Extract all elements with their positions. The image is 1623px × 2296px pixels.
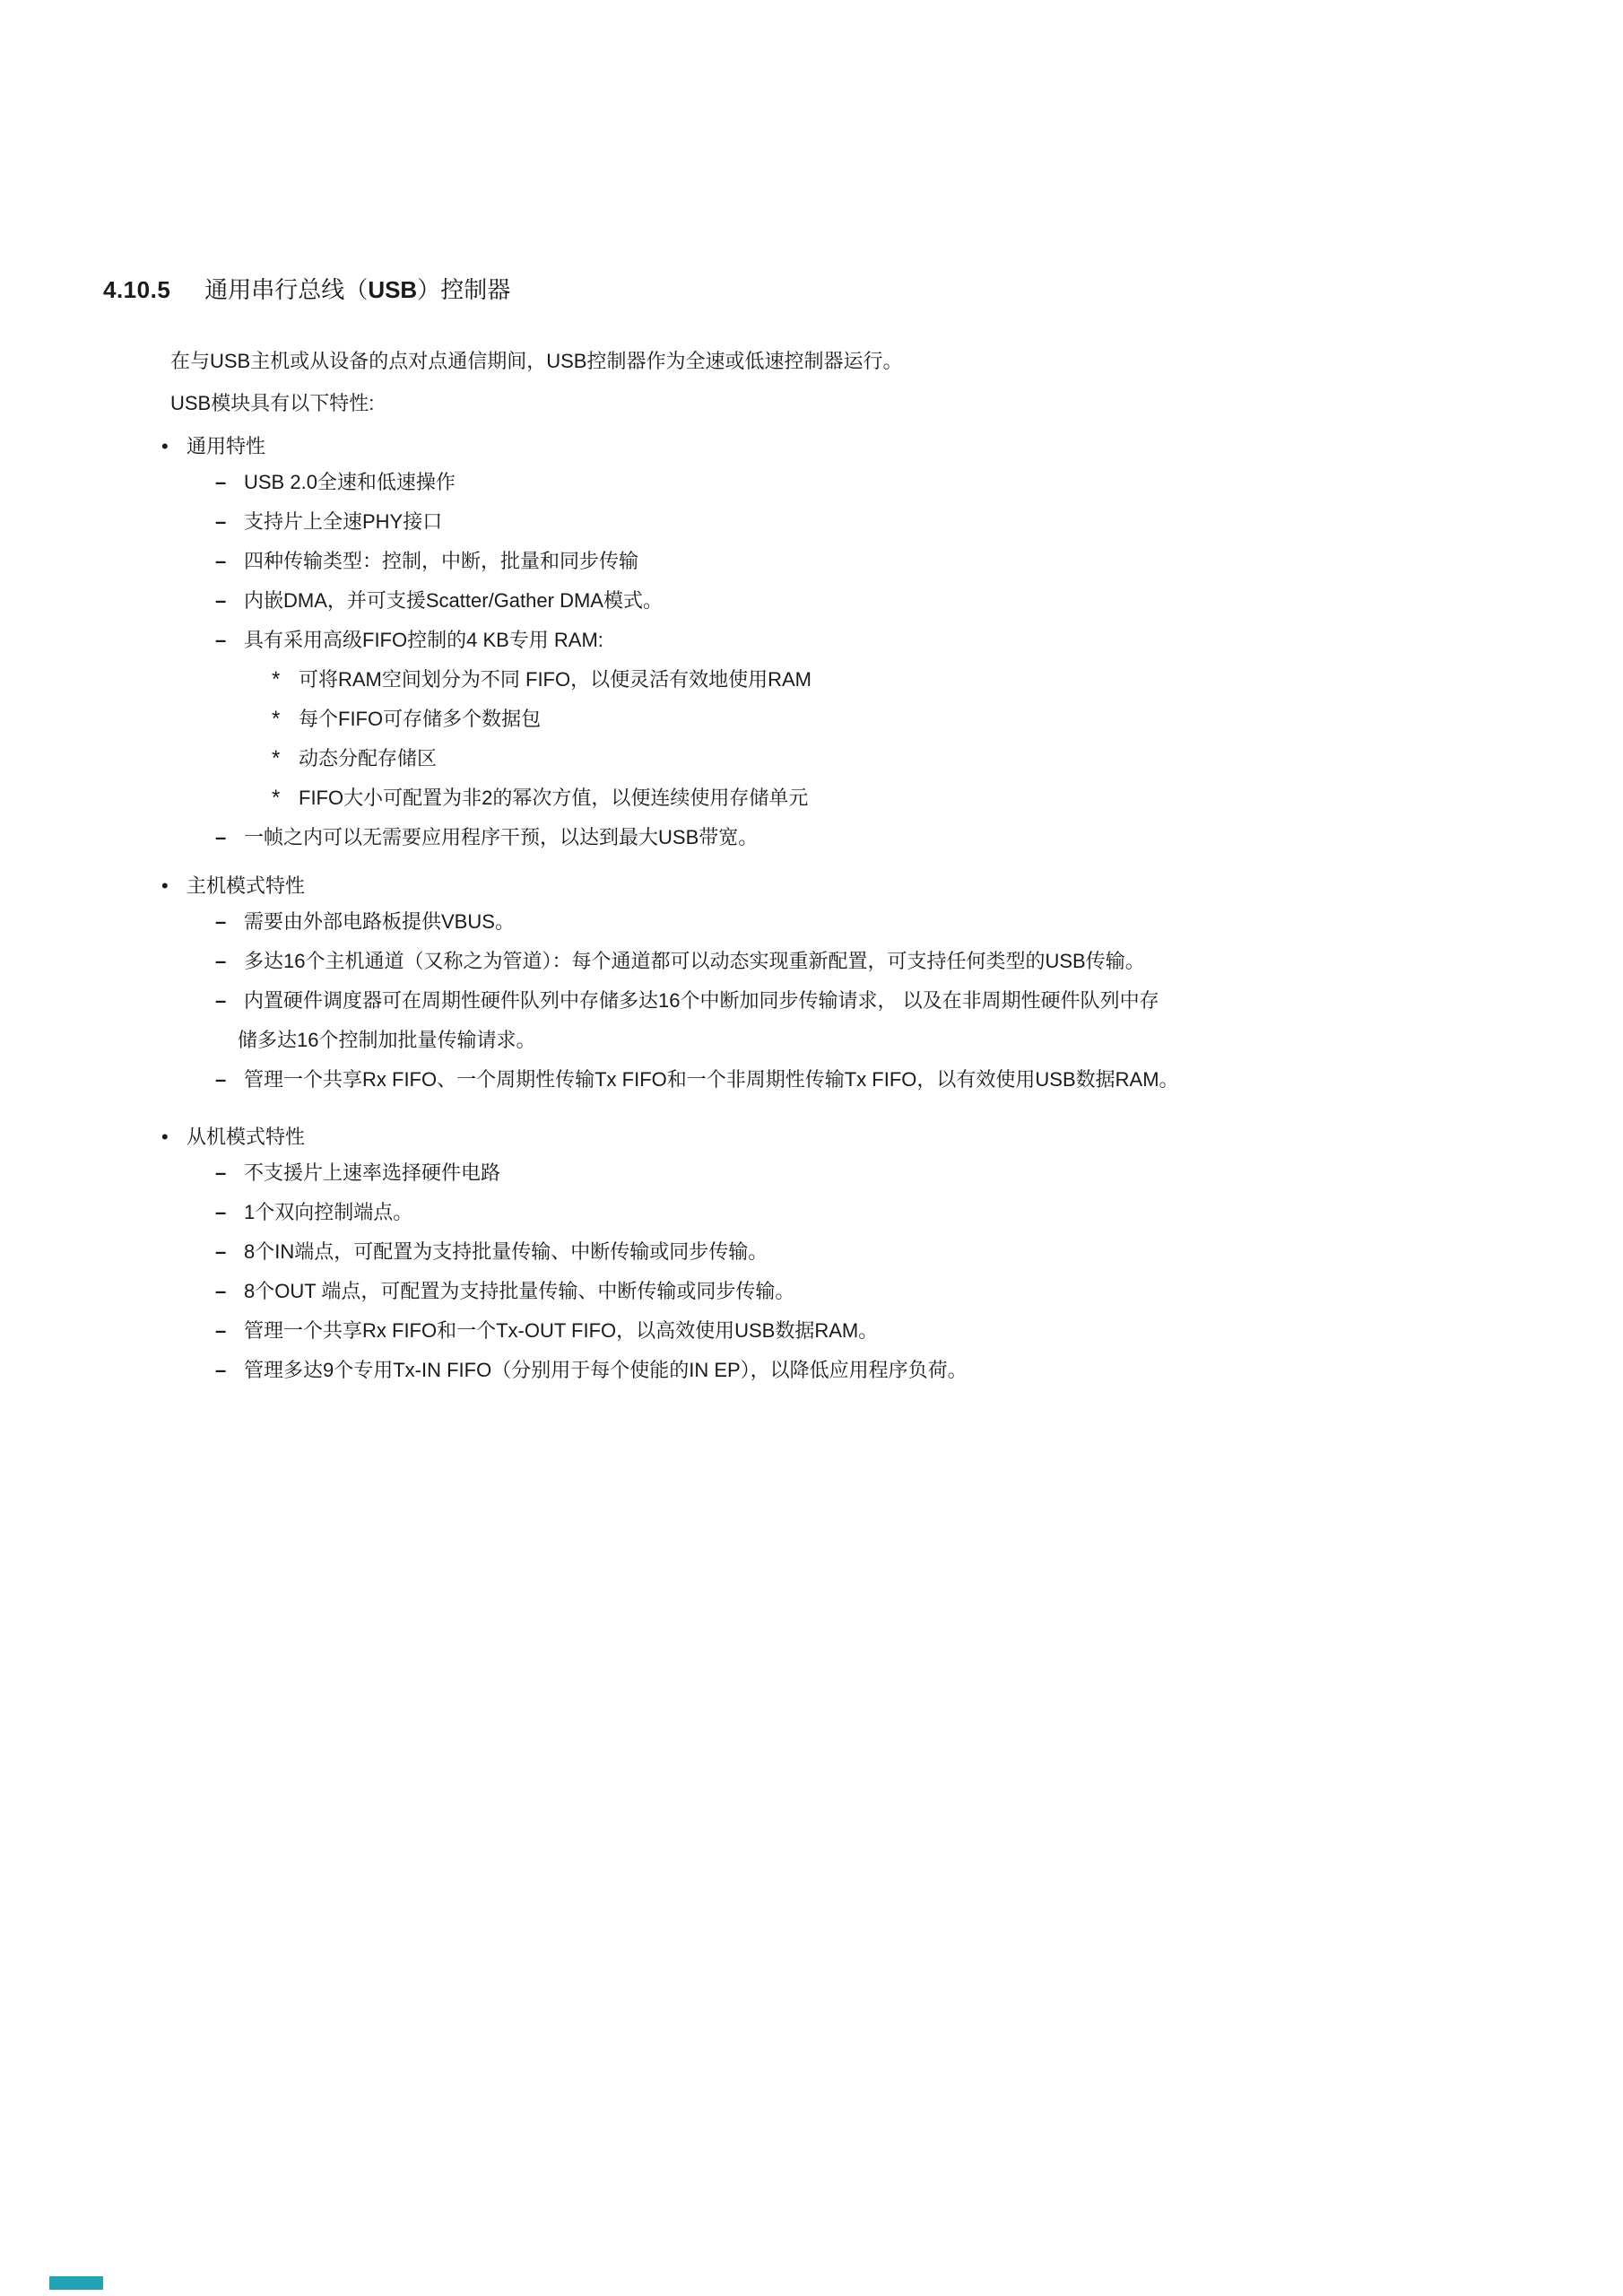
list-item-text: 四种传输类型：控制，中断，批量和同步传输: [244, 545, 638, 578]
section-heading: 4.10.5通用串行总线（USB）控制器: [0, 276, 1623, 346]
list-item: –一帧之内可以无需要应用程序干预，以达到最大USB带宽。: [0, 822, 1623, 861]
list-item-text: 内嵌DMA，并可支援Scatter/Gather DMA模式。: [244, 585, 663, 617]
list-item-text: 8个IN端点，可配置为支持批量传输、中断传输或同步传输。: [244, 1236, 768, 1268]
bullet-icon: •: [161, 1121, 187, 1153]
asterisk-icon: *: [272, 664, 299, 696]
sub-list-item-text: 可将RAM空间划分为不同 FIFO，以便灵活有效地使用RAM: [299, 664, 811, 696]
list-item-continuation: 储多达16个控制加批量传输请求。: [0, 1024, 1623, 1064]
dash-icon: –: [215, 945, 244, 978]
list-item-text: 支持片上全速PHY接口: [244, 506, 442, 538]
sub-list-item: *FIFO大小可配置为非2的幂次方值，以便连续使用存储单元: [0, 782, 1623, 822]
list-item: –不支援片上速率选择硬件电路: [0, 1157, 1623, 1196]
bullet-icon: •: [161, 870, 187, 902]
list-item-text: 1个双向控制端点。: [244, 1196, 412, 1229]
dash-icon: –: [215, 822, 244, 854]
asterisk-icon: *: [272, 743, 299, 775]
list-item-text: 一帧之内可以无需要应用程序干预，以达到最大USB带宽。: [244, 822, 758, 854]
sub-list-item: *可将RAM空间划分为不同 FIFO，以便灵活有效地使用RAM: [0, 664, 1623, 703]
dash-icon: –: [215, 985, 244, 1017]
list-item-text: USB 2.0全速和低速操作: [244, 466, 456, 499]
dash-icon: –: [215, 906, 244, 938]
list-item-text: 8个OUT 端点，可配置为支持批量传输、中断传输或同步传输。: [244, 1275, 794, 1308]
list-item: –支持片上全速PHY接口: [0, 506, 1623, 545]
dash-icon: –: [215, 1354, 244, 1387]
sub-list-item-text: 动态分配存储区: [299, 743, 437, 775]
section-title-acronym: USB: [368, 276, 417, 303]
feature-section-label: •通用特性: [0, 430, 1623, 466]
feature-section-label: •主机模式特性: [0, 870, 1623, 906]
dash-icon: –: [215, 585, 244, 617]
dash-icon: –: [215, 1275, 244, 1308]
features-list: •通用特性–USB 2.0全速和低速操作–支持片上全速PHY接口–四种传输类型：…: [0, 430, 1623, 1394]
list-item-text: 管理一个共享Rx FIFO、一个周期性传输Tx FIFO和一个非周期性传输Tx …: [244, 1064, 1179, 1096]
list-item: –具有采用高级FIFO控制的4 KB专用 RAM:: [0, 624, 1623, 664]
section-number: 4.10.5: [103, 276, 170, 303]
list-item: –内置硬件调度器可在周期性硬件队列中存储多达16个中断加同步传输请求， 以及在非…: [0, 985, 1623, 1024]
dash-icon: –: [215, 1236, 244, 1268]
list-item: –需要由外部电路板提供VBUS。: [0, 906, 1623, 945]
feature-section-label-text: 主机模式特性: [187, 870, 305, 902]
list-item-text: 具有采用高级FIFO控制的4 KB专用 RAM:: [244, 624, 603, 657]
feature-section-label-text: 通用特性: [187, 430, 265, 463]
asterisk-icon: *: [272, 782, 299, 814]
list-item: –USB 2.0全速和低速操作: [0, 466, 1623, 506]
intro-paragraph-line-2: USB模块具有以下特性:: [0, 388, 1623, 430]
list-item: –管理一个共享Rx FIFO、一个周期性传输Tx FIFO和一个非周期性传输Tx…: [0, 1064, 1623, 1103]
document-page: 4.10.5通用串行总线（USB）控制器 在与USB主机或从设备的点对点通信期间…: [0, 0, 1623, 2296]
list-item-text: 内置硬件调度器可在周期性硬件队列中存储多达16个中断加同步传输请求， 以及在非周…: [244, 985, 1159, 1017]
list-item: –1个双向控制端点。: [0, 1196, 1623, 1236]
list-item: –8个OUT 端点，可配置为支持批量传输、中断传输或同步传输。: [0, 1275, 1623, 1315]
page-corner-marker: [49, 2276, 103, 2290]
bullet-icon: •: [161, 430, 187, 463]
asterisk-icon: *: [272, 703, 299, 735]
list-item-continuation-text: 储多达16个控制加批量传输请求。: [238, 1024, 535, 1057]
sub-list-item-text: FIFO大小可配置为非2的幂次方值，以便连续使用存储单元: [299, 782, 808, 814]
list-item: –内嵌DMA，并可支援Scatter/Gather DMA模式。: [0, 585, 1623, 624]
list-item: –四种传输类型：控制，中断，批量和同步传输: [0, 545, 1623, 585]
list-item-text: 不支援片上速率选择硬件电路: [244, 1157, 500, 1189]
list-item-text: 管理一个共享Rx FIFO和一个Tx-OUT FIFO，以高效使用USB数据RA…: [244, 1315, 878, 1347]
dash-icon: –: [215, 1196, 244, 1229]
dash-icon: –: [215, 466, 244, 499]
list-item: –管理多达9个专用Tx-IN FIFO（分别用于每个使能的IN EP），以降低应…: [0, 1354, 1623, 1394]
dash-icon: –: [215, 624, 244, 657]
list-item: –多达16个主机通道（又称之为管道）：每个通道都可以动态实现重新配置，可支持任何…: [0, 945, 1623, 985]
sub-list-item: *动态分配存储区: [0, 743, 1623, 782]
dash-icon: –: [215, 506, 244, 538]
sub-list-item: *每个FIFO可存储多个数据包: [0, 703, 1623, 743]
sub-list-item-text: 每个FIFO可存储多个数据包: [299, 703, 541, 735]
feature-section-label-text: 从机模式特性: [187, 1121, 305, 1153]
list-item-text: 多达16个主机通道（又称之为管道）：每个通道都可以动态实现重新配置，可支持任何类…: [244, 945, 1145, 978]
list-item-text: 需要由外部电路板提供VBUS。: [244, 906, 515, 938]
dash-icon: –: [215, 1315, 244, 1347]
intro-paragraph-line-1: 在与USB主机或从设备的点对点通信期间，USB控制器作为全速或低速控制器运行。: [0, 346, 1623, 388]
dash-icon: –: [215, 1157, 244, 1189]
list-item: –8个IN端点，可配置为支持批量传输、中断传输或同步传输。: [0, 1236, 1623, 1275]
list-item-text: 管理多达9个专用Tx-IN FIFO（分别用于每个使能的IN EP），以降低应用…: [244, 1354, 968, 1387]
list-item: –管理一个共享Rx FIFO和一个Tx-OUT FIFO，以高效使用USB数据R…: [0, 1315, 1623, 1354]
dash-icon: –: [215, 545, 244, 578]
section-title-post: ）控制器: [417, 277, 510, 303]
section-title-pre: 通用串行总线（: [204, 277, 368, 303]
feature-section-label: •从机模式特性: [0, 1121, 1623, 1157]
dash-icon: –: [215, 1064, 244, 1096]
